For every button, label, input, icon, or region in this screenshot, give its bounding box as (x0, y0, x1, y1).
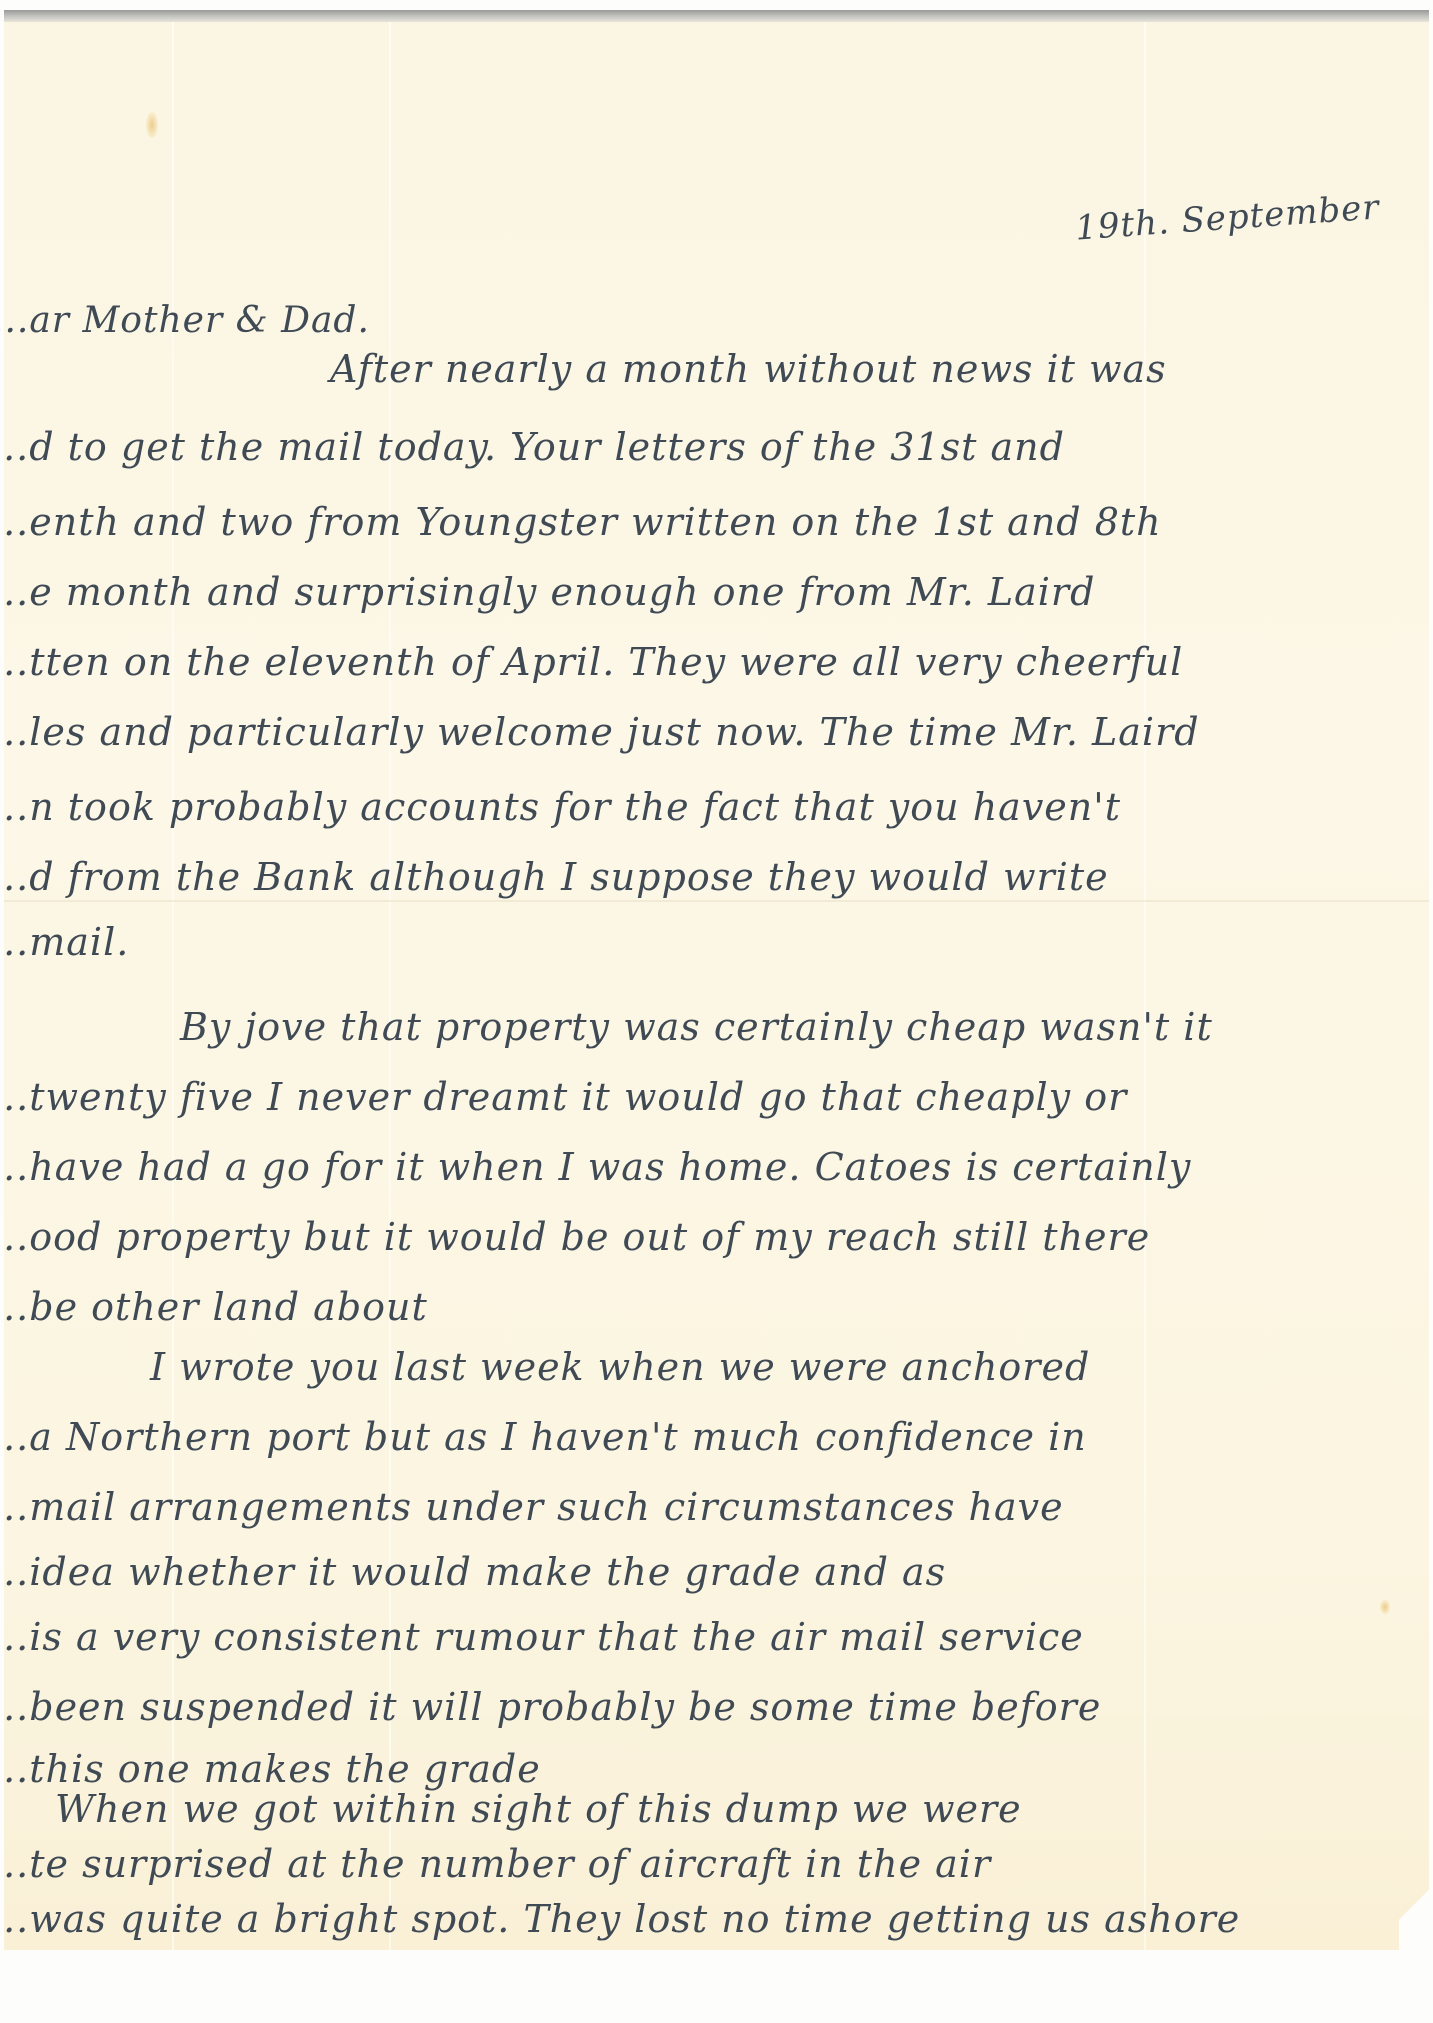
letter-line: By jove that property was certainly chea… (180, 1008, 1213, 1046)
letter-line: ...a Northern port but as I haven't much… (0, 1418, 1087, 1456)
letter-line: When we got within sight of this dump we… (55, 1790, 1022, 1828)
letter-line: ...this one makes the grade (0, 1750, 541, 1788)
letter-line: ...tten on the eleventh of April. They w… (0, 643, 1183, 681)
letter-line: ...idea whether it would make the grade … (0, 1553, 946, 1591)
letter-line: ...twenty five I never dreamt it would g… (0, 1078, 1127, 1116)
letter-line: ...mail arrangements under such circumst… (0, 1488, 1064, 1526)
letter-line: ...n took probably accounts for the fact… (0, 788, 1121, 826)
letter-line: I wrote you last week when we were ancho… (150, 1348, 1090, 1386)
letter-line: ...is a very consistent rumour that the … (0, 1618, 1084, 1656)
letter-line: ...mail. (0, 923, 129, 961)
letter-line: ...d to get the mail today. Your letters… (0, 428, 1065, 466)
letter-line: After nearly a month without news it was (330, 350, 1167, 388)
paper-fold-line (389, 22, 391, 1950)
page-corner-curl (1399, 1860, 1429, 1950)
letter-line: ...been suspended it will probably be so… (0, 1688, 1101, 1726)
letter-line: ...ood property but it would be out of m… (0, 1218, 1150, 1256)
paper-fold-line (4, 900, 1429, 902)
letter-salutation: ...ar Mother & Dad. (0, 300, 370, 341)
letter-line: ...d from the Bank although I suppose th… (0, 858, 1109, 896)
letter-line: ...have had a go for it when I was home.… (0, 1148, 1191, 1186)
paper-stain (1380, 1600, 1390, 1614)
letter-line: ...enth and two from Youngster written o… (0, 503, 1162, 541)
paper-stain (146, 112, 158, 138)
letter-line: ...les and particularly welcome just now… (0, 713, 1200, 751)
letter-line: ...te surprised at the number of aircraf… (0, 1845, 991, 1883)
letter-line: ...e month and surprisingly enough one f… (0, 573, 1095, 611)
letter-line: ...was quite a bright spot. They lost no… (0, 1900, 1240, 1938)
page-top-edge (4, 10, 1429, 22)
paper-fold-line (1144, 22, 1146, 1950)
letter-line: ...be other land about (0, 1288, 428, 1326)
